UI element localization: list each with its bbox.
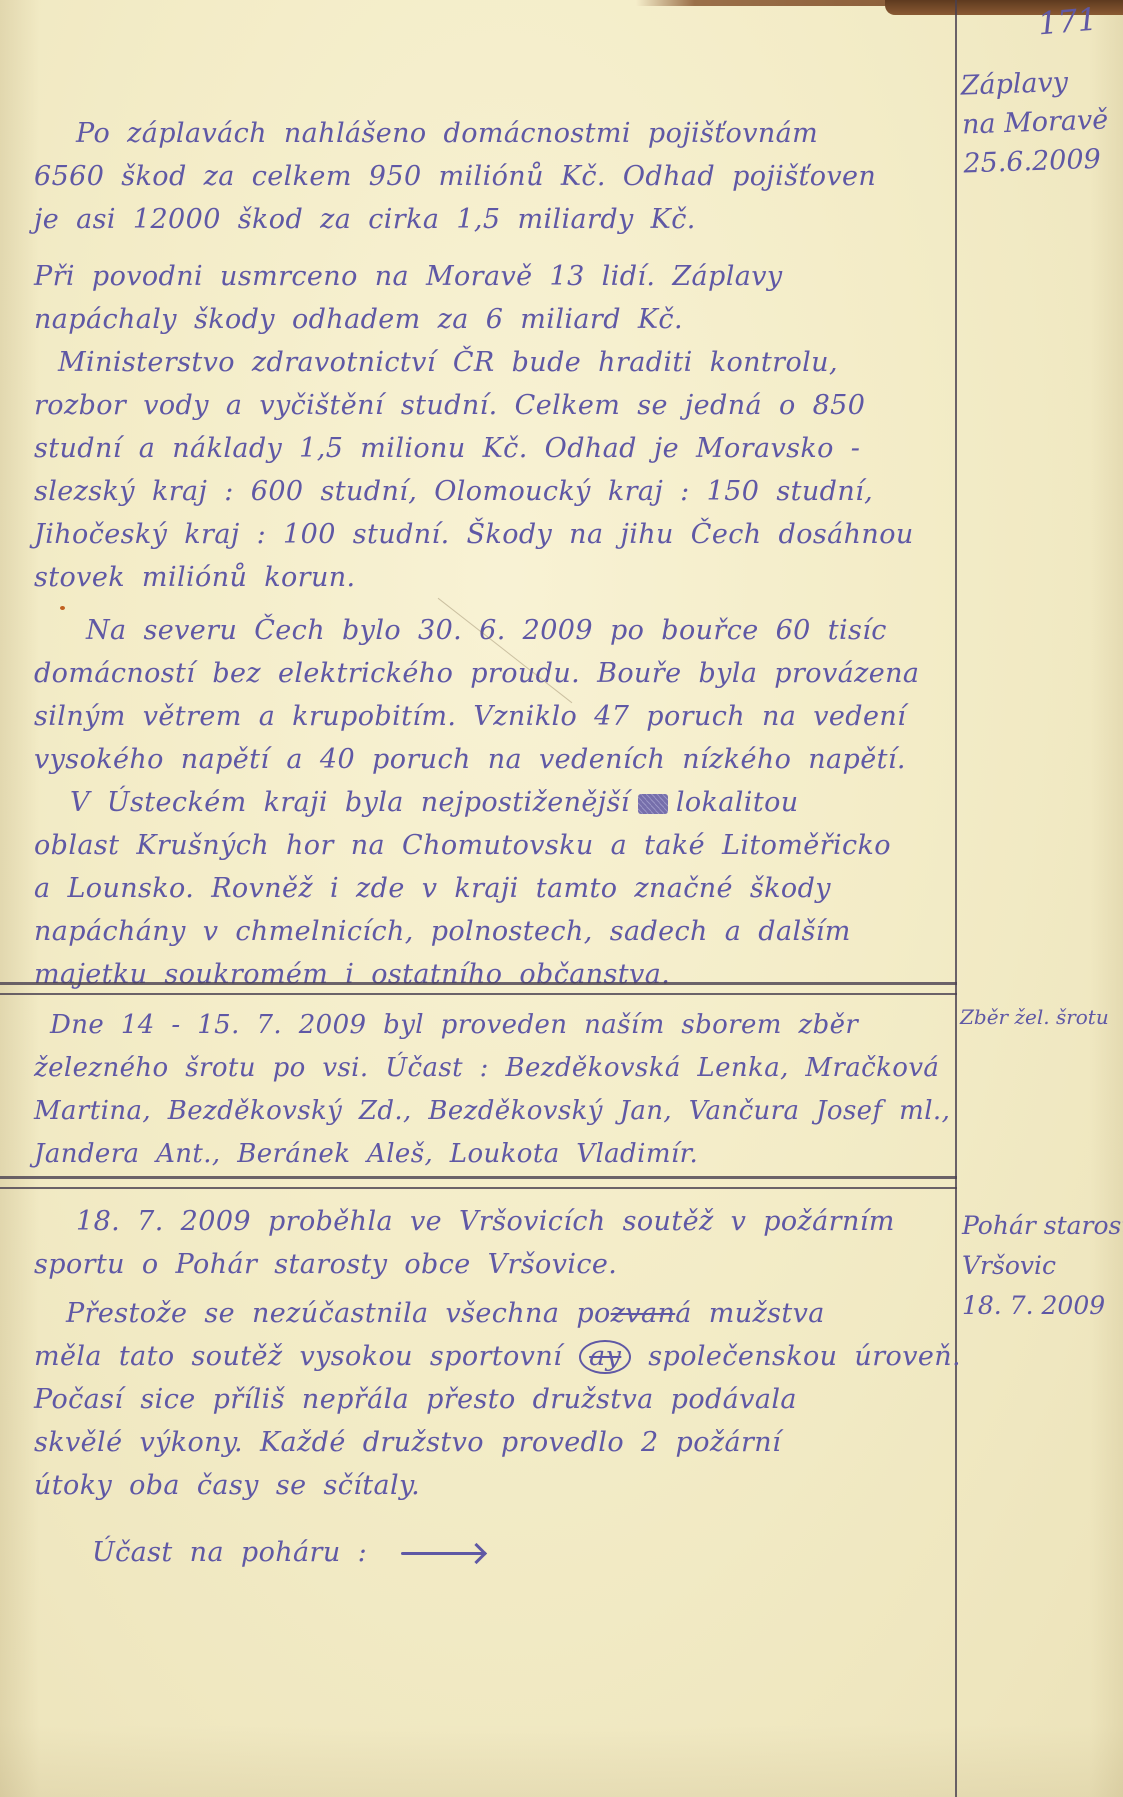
handwritten-line: měla tato soutěž vysokou sportovní ay sp… — [34, 1335, 946, 1378]
handwritten-line: Ministerstvo zdravotnictví ČR bude hradi… — [34, 341, 946, 384]
handwritten-line: skvělé výkony. Každé družstvo provedlo 2… — [34, 1421, 946, 1464]
margin-note-line: Zběr žel. šrotu — [960, 1004, 1109, 1030]
struck-text: zvan — [611, 1298, 676, 1329]
handwritten-text: oblast Krušných hor na Chomutovsku a tak… — [34, 830, 891, 861]
handwritten-text: napáchány v chmelnicích, polnostech, sad… — [34, 916, 851, 947]
margin-note-line: Záplavy — [960, 61, 1107, 105]
handwritten-text: Ministerstvo zdravotnictví ČR bude hradi… — [58, 347, 838, 378]
handwritten-text: skvělé výkony. Každé družstvo provedlo 2… — [34, 1427, 781, 1458]
handwritten-line: Na severu Čech bylo 30. 6. 2009 po bouřc… — [34, 609, 946, 652]
handwritten-text: studní a náklady 1,5 milionu Kč. Odhad j… — [34, 433, 860, 464]
handwritten-text: Jihočeský kraj : 100 studní. Škody na ji… — [34, 519, 914, 550]
handwritten-line: Při povodni usmrceno na Moravě 13 lidí. … — [34, 255, 946, 298]
handwritten-line: Účast na poháru : — [34, 1531, 946, 1574]
handwritten-text: 6560 škod za celkem 950 miliónů Kč. Odha… — [34, 161, 876, 192]
handwritten-text: Na severu Čech bylo 30. 6. 2009 po bouřc… — [86, 615, 887, 646]
handwritten-text: Dne 14 - 15. 7. 2009 byl proveden naším … — [50, 1010, 858, 1040]
handwritten-line: V Ústeckém kraji byla nejpostiženějšílok… — [34, 781, 946, 824]
handwritten-text: silným větrem a krupobitím. Vzniklo 47 p… — [34, 701, 906, 732]
handwritten-text: V Ústeckém kraji byla nejpostiženější — [70, 787, 630, 818]
handwritten-line: Po záplavách nahlášeno domácnostmi pojiš… — [34, 112, 946, 155]
section-floods: Po záplavách nahlášeno domácnostmi pojiš… — [34, 112, 946, 996]
handwritten-text: sportu o Pohár starosty obce Vršovice. — [34, 1249, 617, 1280]
section-scrap-collection: Dne 14 - 15. 7. 2009 byl proveden naším … — [34, 1004, 946, 1176]
handwritten-text: napáchaly škody odhadem za 6 miliard Kč. — [34, 304, 683, 335]
margin-note-line: Pohár starosty — [962, 1206, 1123, 1246]
handwritten-line: napáchány v chmelnicích, polnostech, sad… — [34, 910, 946, 953]
margin-note-line: 18. 7. 2009 — [962, 1286, 1123, 1326]
handwritten-text: stovek miliónů korun. — [34, 562, 356, 593]
handwritten-text: domácností bez elektrického proudu. Bouř… — [34, 658, 919, 689]
handwritten-line: domácností bez elektrického proudu. Bouř… — [34, 652, 946, 695]
handwritten-line: stovek miliónů korun. — [34, 556, 946, 599]
page-number: 171 — [1036, 1, 1098, 42]
handwritten-text: slezský kraj : 600 studní, Olomoucký kra… — [34, 476, 873, 507]
handwritten-line: je asi 12000 škod za cirka 1,5 miliardy … — [34, 198, 946, 241]
paper-speck — [60, 606, 65, 610]
section-firefighter-cup: 18. 7. 2009 proběhla ve Vršovicích soutě… — [34, 1200, 946, 1574]
handwritten-line: oblast Krušných hor na Chomutovsku a tak… — [34, 824, 946, 867]
margin-note-floods: Záplavy na Moravě 25.6.2009 — [960, 61, 1110, 183]
handwritten-line: vysokého napětí a 40 poruch na vedeních … — [34, 738, 946, 781]
section-divider — [0, 982, 957, 995]
handwritten-line: Dne 14 - 15. 7. 2009 byl proveden naším … — [34, 1004, 946, 1047]
margin-rule — [955, 0, 957, 1797]
handwritten-text: Jandera Ant., Beránek Aleš, Loukota Vlad… — [34, 1139, 698, 1169]
handwritten-line: útoky oba časy se sčítaly. — [34, 1464, 946, 1507]
margin-note-firefighter-cup: Pohár starosty Vršovic 18. 7. 2009 — [962, 1206, 1123, 1326]
arrow-right-icon — [401, 1552, 483, 1555]
handwritten-line: Počasí sice příliš nepřála přesto družst… — [34, 1378, 946, 1421]
handwritten-text: a Lounsko. Rovněž i zde v kraji tamto zn… — [34, 873, 831, 904]
circled-correction: ay — [579, 1340, 631, 1374]
handwritten-text: Po záplavách nahlášeno domácnostmi pojiš… — [76, 118, 818, 149]
handwritten-text: Účast na poháru : — [92, 1537, 367, 1568]
handwritten-text: Martina, Bezděkovský Zd., Bezděkovský Ja… — [34, 1096, 950, 1126]
handwritten-line: železného šrotu po vsi. Účast : Bezděkov… — [34, 1047, 946, 1090]
handwritten-line: 18. 7. 2009 proběhla ve Vršovicích soutě… — [34, 1200, 946, 1243]
handwritten-line: silným větrem a krupobitím. Vzniklo 47 p… — [34, 695, 946, 738]
margin-note-scrap-collection: Zběr žel. šrotu — [960, 1004, 1109, 1030]
handwritten-text: 18. 7. 2009 proběhla ve Vršovicích soutě… — [76, 1206, 895, 1237]
handwritten-line: napáchaly škody odhadem za 6 miliard Kč. — [34, 298, 946, 341]
handwritten-line: Martina, Bezděkovský Zd., Bezděkovský Ja… — [34, 1090, 946, 1133]
handwritten-text: Při povodni usmrceno na Moravě 13 lidí. … — [34, 261, 783, 292]
ink-blot-icon — [638, 794, 668, 814]
handwritten-line: Jihočeský kraj : 100 studní. Škody na ji… — [34, 513, 946, 556]
section-divider — [0, 1176, 957, 1189]
margin-note-line: na Moravě — [961, 100, 1108, 144]
handwritten-line: slezský kraj : 600 studní, Olomoucký kra… — [34, 470, 946, 513]
handwritten-text: á mužstva — [675, 1298, 825, 1329]
handwritten-text: Přestože se nezúčastnila všechna po — [66, 1298, 611, 1329]
handwritten-text: rozbor vody a vyčištění studní. Celkem s… — [34, 390, 865, 421]
handwritten-text: společenskou úroveň. — [631, 1341, 961, 1372]
handwritten-text: vysokého napětí a 40 poruch na vedeních … — [34, 744, 906, 775]
chronicle-page: 171 Záplavy na Moravě 25.6.2009 Zběr žel… — [0, 0, 1123, 1797]
handwritten-line: sportu o Pohár starosty obce Vršovice. — [34, 1243, 946, 1286]
handwritten-line: rozbor vody a vyčištění studní. Celkem s… — [34, 384, 946, 427]
handwritten-line: Přestože se nezúčastnila všechna pozvaná… — [34, 1292, 946, 1335]
handwritten-line: studní a náklady 1,5 milionu Kč. Odhad j… — [34, 427, 946, 470]
handwritten-text: Počasí sice příliš nepřála přesto družst… — [34, 1384, 797, 1415]
margin-note-line: 25.6.2009 — [963, 139, 1110, 183]
handwritten-line: 6560 škod za celkem 950 miliónů Kč. Odha… — [34, 155, 946, 198]
handwritten-text: je asi 12000 škod za cirka 1,5 miliardy … — [34, 204, 696, 235]
handwritten-text: lokalitou — [676, 787, 799, 818]
handwritten-text: útoky oba časy se sčítaly. — [34, 1470, 420, 1501]
handwritten-text: železného šrotu po vsi. Účast : Bezděkov… — [34, 1053, 939, 1083]
margin-note-line: Vršovic — [962, 1246, 1123, 1286]
handwritten-line: a Lounsko. Rovněž i zde v kraji tamto zn… — [34, 867, 946, 910]
handwritten-text: měla tato soutěž vysokou sportovní — [34, 1341, 579, 1372]
handwritten-line: Jandera Ant., Beránek Aleš, Loukota Vlad… — [34, 1133, 946, 1176]
